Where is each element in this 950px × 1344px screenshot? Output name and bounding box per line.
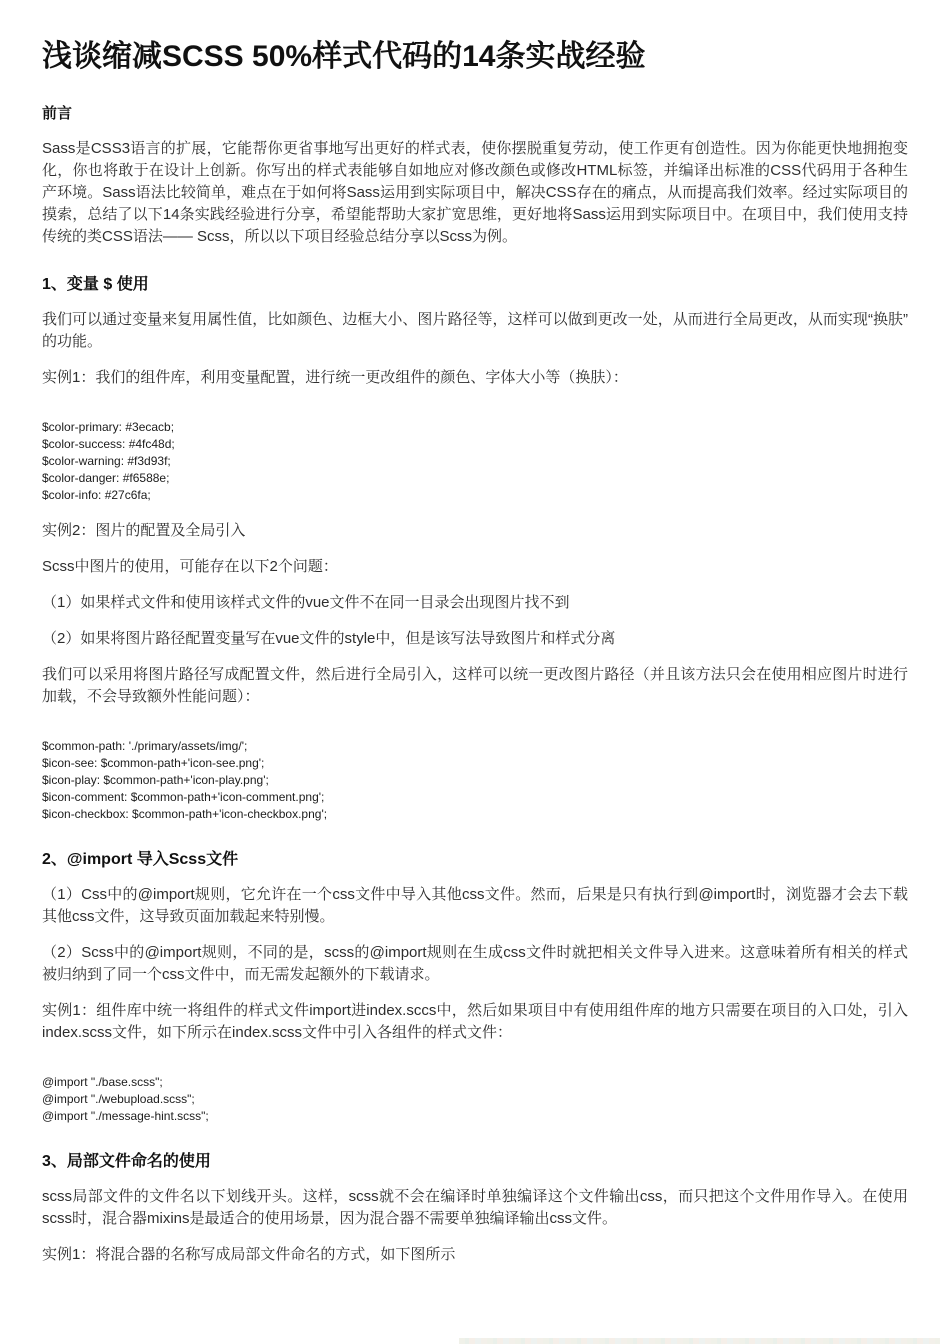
code-line: $common-path: './primary/assets/img/';	[42, 738, 908, 755]
paragraph: Sass是CSS3语言的扩展，它能帮你更省事地写出更好的样式表，使你摆脱重复劳动…	[42, 138, 908, 248]
code-line: $icon-comment: $common-path+'icon-commen…	[42, 789, 908, 806]
code-line: $icon-see: $common-path+'icon-see.png';	[42, 755, 908, 772]
page-title: 浅谈缩减SCSS 50%样式代码的14条实战经验	[42, 36, 908, 78]
paragraph: （2）Scss中的@import规则，不同的是，scss的@import规则在生…	[42, 942, 908, 986]
paragraph: 我们可以采用将图片路径写成配置文件，然后进行全局引入，这样可以统一更改图片路径（…	[42, 664, 908, 708]
paragraph: 实例2：图片的配置及全局引入	[42, 520, 908, 542]
paragraph: Scss中图片的使用，可能存在以下2个问题：	[42, 556, 908, 578]
code-line: $color-info: #27c6fa;	[42, 487, 908, 504]
code-block: @import "./base.scss";@import "./webuplo…	[42, 1074, 908, 1125]
section-heading: 2、@import 导入Scss文件	[42, 849, 908, 870]
code-line: $color-primary: #3ecacb;	[42, 419, 908, 436]
section-heading: 3、局部文件命名的使用	[42, 1151, 908, 1172]
article-page: 浅谈缩减SCSS 50%样式代码的14条实战经验 前言Sass是CSS3语言的扩…	[0, 0, 950, 1344]
embedded-image-top-edge	[459, 1338, 940, 1344]
code-line: $color-danger: #f6588e;	[42, 470, 908, 487]
paragraph: （1）Css中的@import规则，它允许在一个css文件中导入其他css文件。…	[42, 884, 908, 928]
article-body: 前言Sass是CSS3语言的扩展，它能帮你更省事地写出更好的样式表，使你摆脱重复…	[42, 104, 908, 1266]
code-line: $color-warning: #f3d93f;	[42, 453, 908, 470]
code-line: @import "./base.scss";	[42, 1074, 908, 1091]
paragraph: 实例1：将混合器的名称写成局部文件命名的方式，如下图所示	[42, 1244, 908, 1266]
code-line: $color-success: #4fc48d;	[42, 436, 908, 453]
paragraph: scss局部文件的文件名以下划线开头。这样，scss就不会在编译时单独编译这个文…	[42, 1186, 908, 1230]
section-heading: 1、变量 $ 使用	[42, 274, 908, 295]
code-block: $common-path: './primary/assets/img/';$i…	[42, 738, 908, 823]
code-block: $color-primary: #3ecacb;$color-success: …	[42, 419, 908, 504]
code-line: $icon-checkbox: $common-path+'icon-check…	[42, 806, 908, 823]
paragraph: （1）如果样式文件和使用该样式文件的vue文件不在同一目录会出现图片找不到	[42, 592, 908, 614]
paragraph: 我们可以通过变量来复用属性值，比如颜色、边框大小、图片路径等，这样可以做到更改一…	[42, 309, 908, 353]
article-content: 浅谈缩减SCSS 50%样式代码的14条实战经验 前言Sass是CSS3语言的扩…	[0, 36, 950, 1266]
paragraph: 实例1：我们的组件库，利用变量配置，进行统一更改组件的颜色、字体大小等（换肤）：	[42, 367, 908, 389]
preface-heading: 前言	[42, 104, 908, 124]
paragraph: （2）如果将图片路径配置变量写在vue文件的style中，但是该写法导致图片和样…	[42, 628, 908, 650]
code-line: @import "./message-hint.scss";	[42, 1108, 908, 1125]
code-line: $icon-play: $common-path+'icon-play.png'…	[42, 772, 908, 789]
paragraph: 实例1：组件库中统一将组件的样式文件import进index.sccs中，然后如…	[42, 1000, 908, 1044]
code-line: @import "./webupload.scss";	[42, 1091, 908, 1108]
